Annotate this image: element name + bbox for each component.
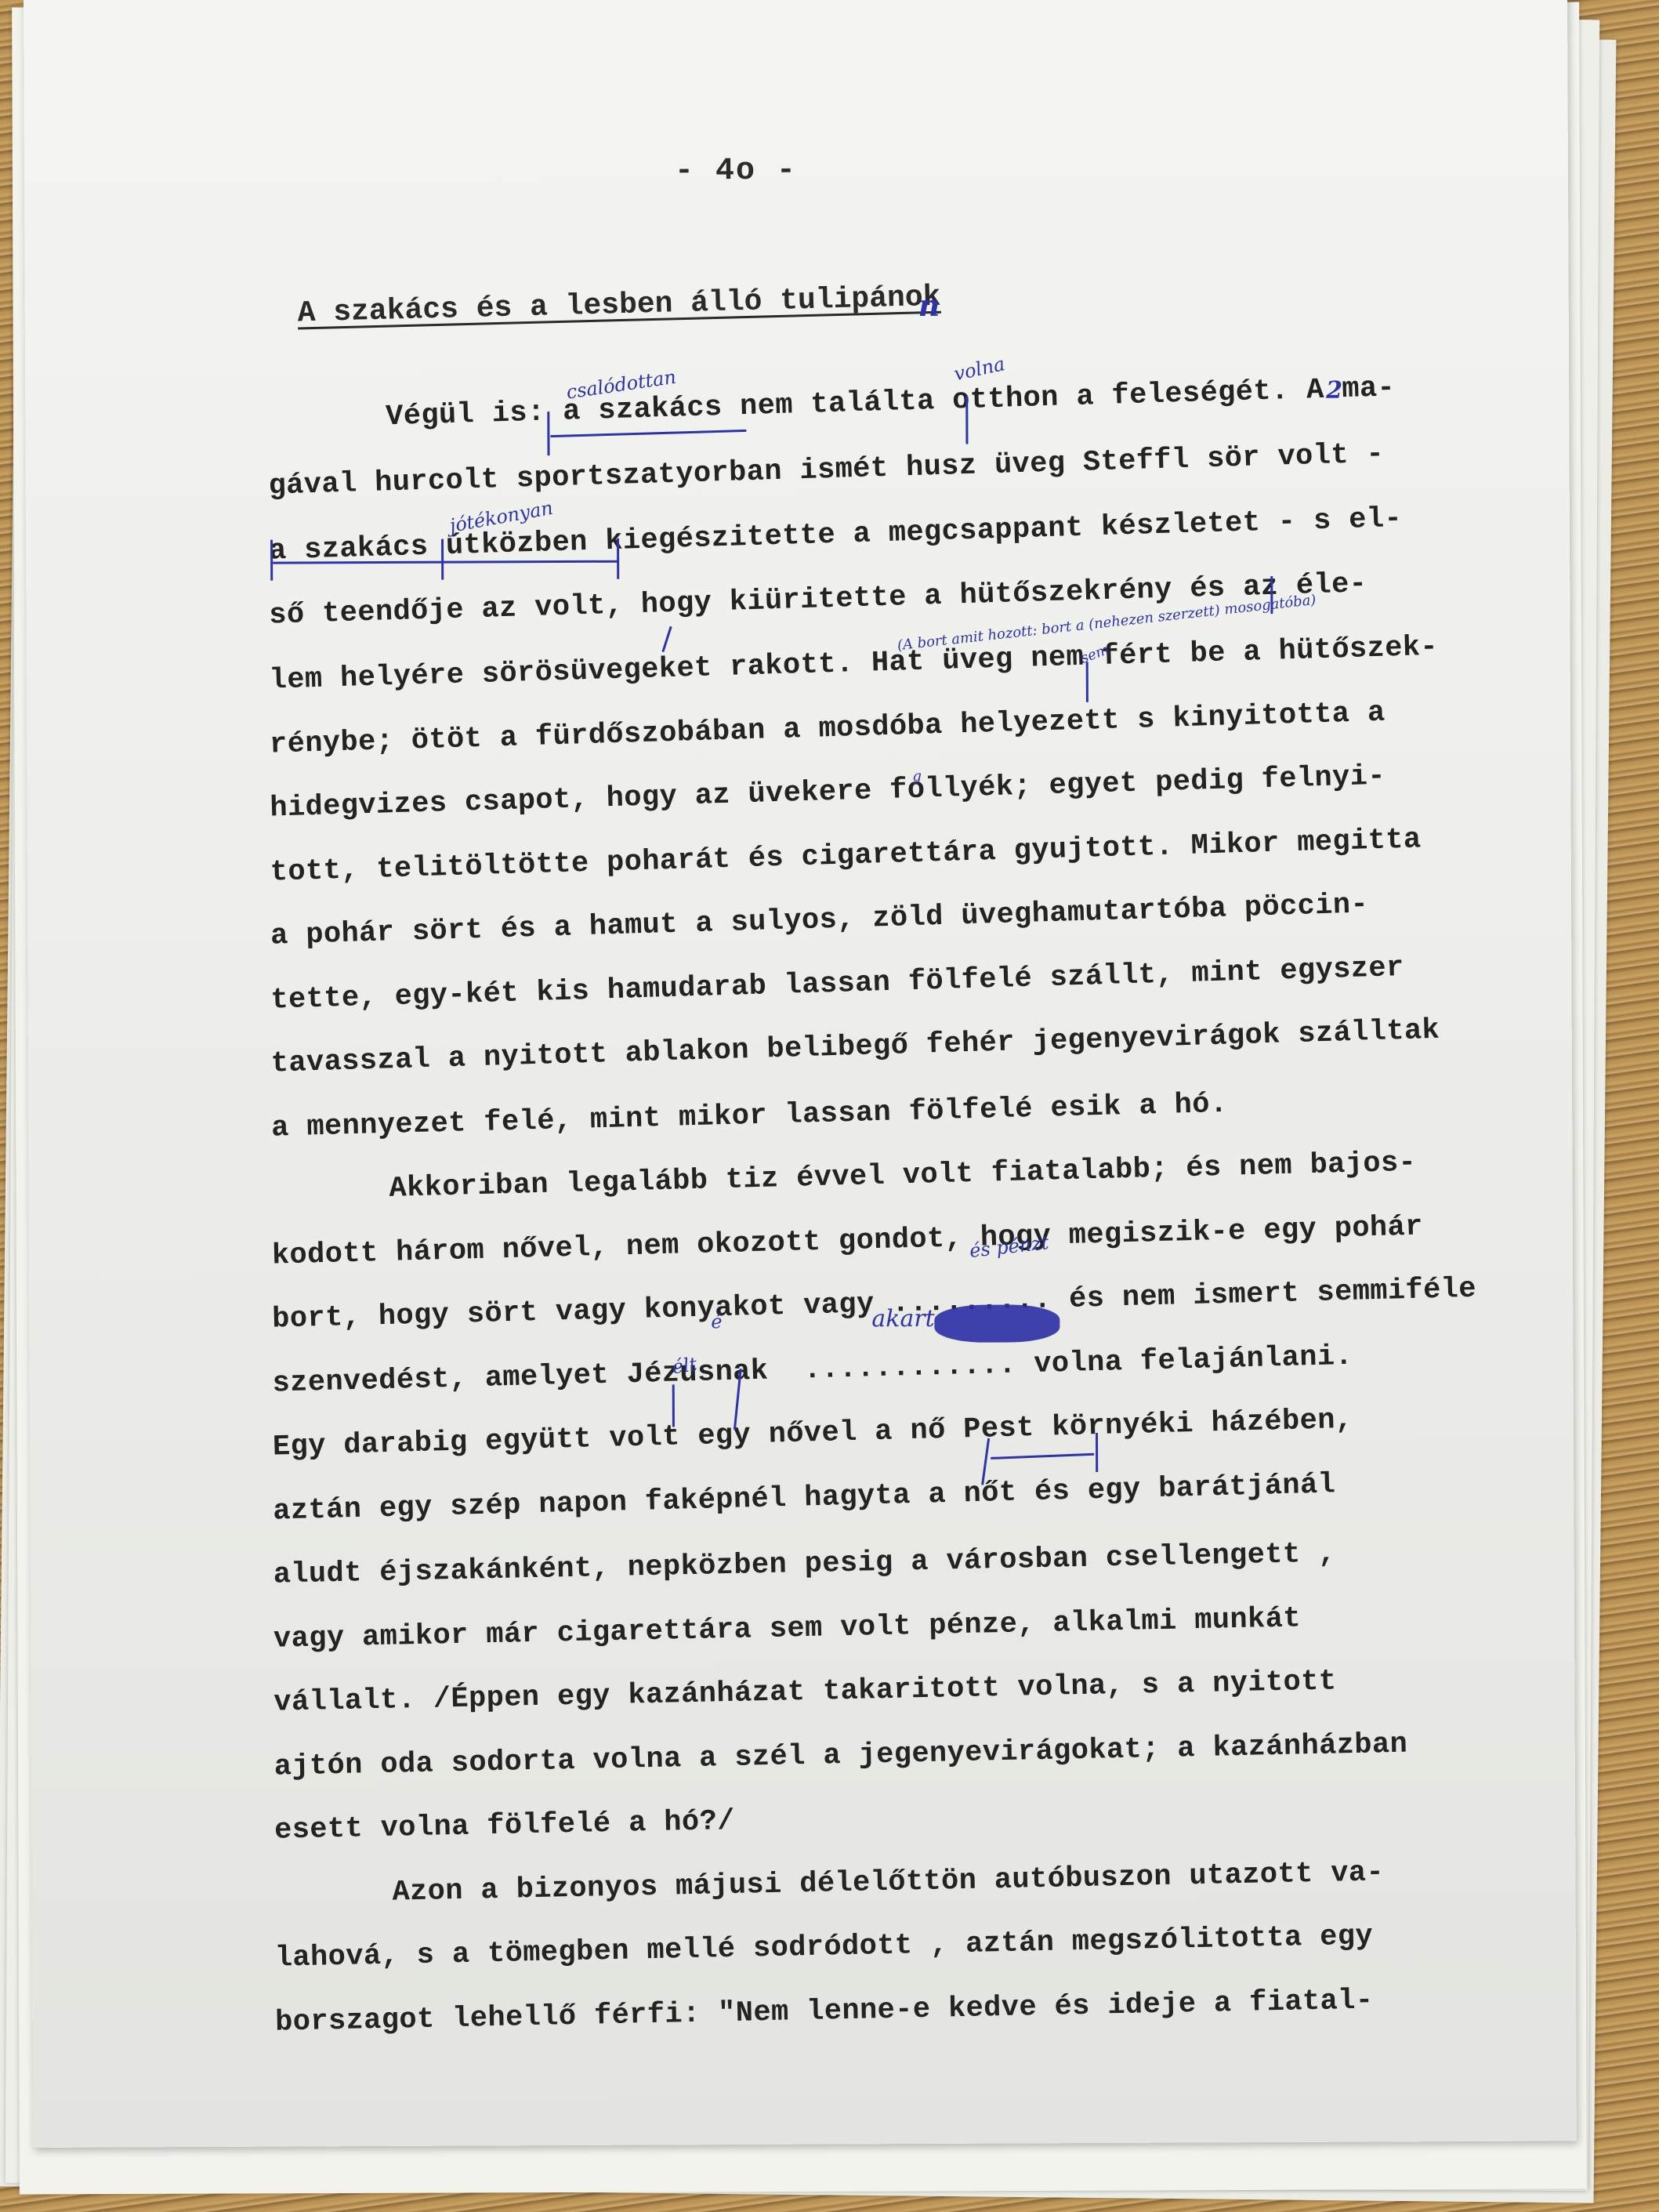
ink-bracket bbox=[441, 539, 444, 580]
ink-bracket bbox=[1096, 1433, 1098, 1472]
document-title: A szakács és a lesben álló tulipánok bbox=[297, 281, 941, 331]
body-text: Végül is: a szakács nem találta otthon a… bbox=[268, 385, 1568, 1970]
ink-annotation-akart: akart bbox=[871, 1305, 935, 1333]
ink-bracket bbox=[547, 412, 549, 455]
ink-bracket bbox=[1086, 662, 1088, 702]
ink-bracket bbox=[617, 538, 619, 579]
ink-bracket bbox=[672, 1384, 675, 1427]
title-correction-ink: n bbox=[918, 288, 940, 323]
ink-bracket bbox=[965, 396, 968, 444]
ink-annotation-g: g bbox=[912, 768, 922, 785]
ink-annotation-jezus-correction: é bbox=[711, 1311, 722, 1333]
ink-annotation-elt: élt bbox=[671, 1353, 698, 1378]
ink-annotation-superscript: 2 bbox=[1326, 377, 1342, 404]
page-number: - 4o - bbox=[675, 154, 797, 190]
ink-scribble-out bbox=[934, 1304, 1060, 1343]
typewritten-page: - 4o - A szakács és a lesben álló tulipá… bbox=[24, 0, 1577, 2148]
ink-bracket bbox=[270, 540, 273, 581]
